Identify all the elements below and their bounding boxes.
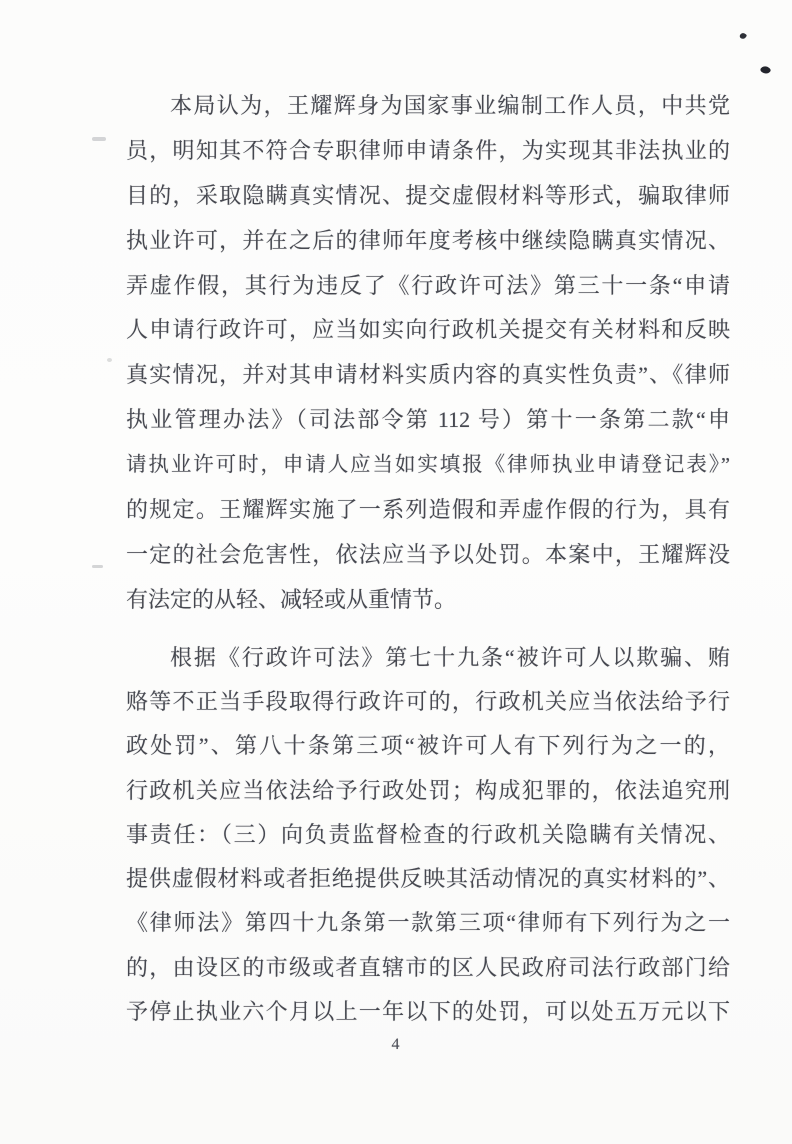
text-line: 《律师法》第四十九条第一款第三项“律师有下列行为之一 (126, 901, 730, 945)
text-line: 员，明知其不符合专职律师申请条件，为实现其非法执业的 (126, 129, 730, 174)
scan-artifact (92, 565, 103, 568)
text-line: 有法定的从轻、减轻或从重情节。 (126, 578, 730, 623)
text-line: 执业许可，并在之后的律师年度考核中继续隐瞒真实情况、 (126, 219, 730, 264)
text-line: 弄虚作假，其行为违反了《行政许可法》第三十一条“申请 (126, 264, 730, 309)
text-line: 真实情况，并对其申请材料实质内容的真实性负责”、《律师 (126, 353, 730, 398)
scan-artifact (92, 137, 106, 141)
text-line: 予停止执业六个月以上一年以下的处罚，可以处五万元以下 (126, 990, 730, 1034)
text-line: 执业管理办法》（司法部令第 112 号）第十一条第二款“申 (126, 398, 730, 443)
scan-artifact (107, 358, 112, 362)
text-line: 事责任：（三）向负责监督检查的行政机关隐瞒有关情况、 (126, 813, 730, 857)
text-line: 人申请行政许可，应当如实向行政机关提交有关材料和反映 (126, 308, 730, 353)
text-line: 请执业许可时，申请人应当如实填报《律师执业申请登记表》” (126, 443, 730, 488)
document-page: 本局认为，王耀辉身为国家事业编制工作人员，中共党 员，明知其不符合专职律师申请条… (0, 0, 792, 1144)
ink-speck (759, 64, 771, 76)
text-line: 目的，采取隐瞒真实情况、提交虚假材料等形式，骗取律师 (126, 174, 730, 219)
text-line: 本局认为，王耀辉身为国家事业编制工作人员，中共党 (126, 84, 730, 129)
text-line: 政处罚”、第八十条第三项“被许可人有下列行为之一的， (126, 724, 730, 768)
page-number: 4 (0, 1036, 792, 1054)
text-line: 的规定。王耀辉实施了一系列造假和弄虚作假的行为，具有 (126, 488, 730, 533)
text-line: 一定的社会危害性，依法应当予以处罚。本案中，王耀辉没 (126, 533, 730, 578)
text-line: 根据《行政许可法》第七十九条“被许可人以欺骗、贿 (126, 636, 730, 680)
text-line: 赂等不正当手段取得行政许可的，行政机关应当依法给予行 (126, 680, 730, 724)
document-body: 本局认为，王耀辉身为国家事业编制工作人员，中共党 员，明知其不符合专职律师申请条… (126, 84, 730, 1034)
paragraph-legal-basis: 根据《行政许可法》第七十九条“被许可人以欺骗、贿 赂等不正当手段取得行政许可的，… (126, 636, 730, 1035)
text-line: 的，由设区的市级或者直辖市的区人民政府司法行政部门给 (126, 946, 730, 990)
paragraph-findings: 本局认为，王耀辉身为国家事业编制工作人员，中共党 员，明知其不符合专职律师申请条… (126, 84, 730, 623)
text-line: 提供虚假材料或者拒绝提供反映其活动情况的真实材料的”、 (126, 857, 730, 901)
text-line: 行政机关应当依法给予行政处罚；构成犯罪的，依法追究刑 (126, 769, 730, 813)
ink-speck (739, 32, 747, 40)
